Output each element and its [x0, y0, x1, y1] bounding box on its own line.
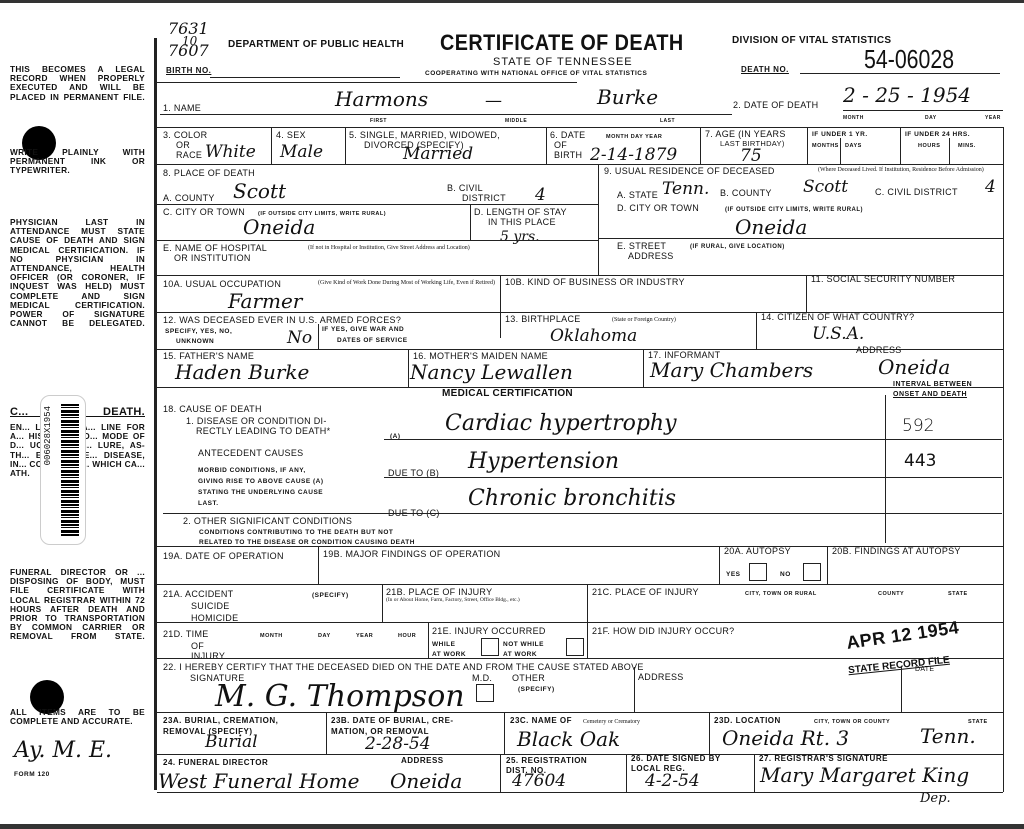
col-divider: [500, 754, 501, 792]
col-divider: [382, 584, 383, 622]
autopsy-findings-label: 20B. FINDINGS AT AUTOPSY: [832, 546, 961, 556]
cemetery-value: Black Oak: [517, 730, 620, 748]
form-left-border: [154, 38, 157, 790]
barcode-sticker: 006028X1954: [40, 395, 86, 545]
pod-district-value: 4: [535, 186, 546, 204]
col-divider: [700, 127, 701, 164]
col-divider: [719, 546, 720, 584]
sidebar-funeral-note: FUNERAL DIRECTOR OR ... DISPOSING OF BOD…: [10, 568, 145, 642]
direct-cause-label: 1. DISEASE OR CONDITION DI-: [186, 416, 327, 426]
form-right-border: [1003, 127, 1004, 792]
name-sub-first: FIRST: [370, 116, 387, 126]
marital-value: Married: [403, 145, 473, 163]
while-label: WHILE: [432, 640, 455, 650]
sidebar-complete-note: ALL ITEMS ARE TO BE COMPLETE AND ACCURAT…: [10, 708, 145, 726]
certify-address-label: ADDRESS: [638, 672, 684, 682]
dob-label-birth: BIRTH: [554, 150, 582, 160]
col-divider: [318, 546, 319, 584]
antecedent-label: ANTECEDENT CAUSES: [198, 448, 303, 458]
pod-district-label: B. CIVIL: [447, 183, 483, 193]
color-value: White: [205, 143, 256, 161]
row-divider-6: [157, 387, 1003, 388]
months-label: MONTHS: [812, 141, 839, 151]
injury-place-label: 21B. PLACE OF INJURY: [386, 587, 492, 597]
morbid-label-4: LAST.: [198, 499, 219, 509]
occupation-value: Farmer: [228, 292, 302, 310]
autopsy-yes-checkbox[interactable]: [749, 563, 767, 581]
pod-county-value: Scott: [233, 182, 286, 200]
certify-date-label: DATE: [915, 665, 934, 675]
pod-hospital-label-2: OR INSTITUTION: [174, 253, 251, 263]
col-divider: [709, 712, 710, 754]
morbid-label-2: GIVING RISE TO ABOVE CAUSE (A): [198, 477, 324, 487]
cause-of-death-label: 18. CAUSE OF DEATH: [163, 404, 262, 414]
funeral-director-label: 24. FUNERAL DIRECTOR: [163, 758, 268, 768]
funeral-director-value: West Funeral Home: [158, 772, 359, 790]
barcode-number: 006028X1954: [43, 406, 53, 465]
col-divider: [428, 622, 429, 658]
injury-location-cols: CITY, TOWN OR RURAL: [745, 589, 817, 599]
ssn-label: 11. SOCIAL SECURITY NUMBER: [811, 274, 955, 284]
burial-type-label: 23A. BURIAL, CREMATION,: [163, 716, 278, 726]
birthplace-value: Oklahoma: [550, 327, 637, 345]
dob-cols: MONTH DAY YEAR: [606, 132, 662, 142]
time-col-day: DAY: [318, 631, 331, 641]
col-divider: [500, 275, 501, 338]
name-label: 1. NAME: [163, 103, 201, 113]
age-value: 75: [740, 147, 762, 165]
name-sub-middle: MIDDLE: [505, 116, 527, 126]
burial-date-value: 2-28-54: [365, 735, 431, 753]
birthplace-label: 13. BIRTHPLACE: [505, 314, 581, 324]
row-divider-8: [157, 584, 1003, 585]
birthplace-note: (State or Foreign Country): [612, 315, 676, 325]
registrar-signature: Mary Margaret King: [760, 766, 969, 784]
autopsy-label: 20A. AUTOPSY: [724, 546, 791, 556]
interval-col-divider: [885, 395, 886, 543]
birth-no-line: [210, 77, 400, 78]
suicide-label: SUICIDE: [191, 601, 230, 611]
burial-date-label: 23B. DATE OF BURIAL, CRE-: [331, 716, 454, 726]
pod-stay-value: 5 yrs.: [500, 228, 540, 246]
res-city-label: D. CITY OR TOWN: [617, 203, 699, 213]
sidebar-write-note: WRITE PLAINLY WITH PERMANENT INK OR TYPE…: [10, 148, 145, 176]
time-col-year: YEAR: [356, 631, 373, 641]
department-label: DEPARTMENT OF PUBLIC HEALTH: [228, 40, 404, 50]
armed-unknown-label: UNKNOWN: [176, 337, 214, 347]
res-county-label: B. COUNTY: [720, 188, 772, 198]
sex-label: 4. SEX: [276, 130, 306, 140]
res-divider: [599, 238, 1003, 239]
color-label-race: RACE: [176, 150, 202, 160]
state-label: STATE OF TENNESSEE: [493, 57, 633, 67]
informant-address-value: Oneida: [878, 358, 950, 376]
res-state-label: A. STATE: [617, 190, 658, 200]
res-city-note: (IF OUTSIDE CITY LIMITS, WRITE RURAL): [725, 205, 863, 215]
marital-label: 5. SINGLE, MARRIED, WIDOWED,: [349, 130, 500, 140]
col-divider: [901, 667, 902, 712]
while-at-work-checkbox[interactable]: [481, 638, 499, 656]
certificate-title: CERTIFICATE OF DEATH: [440, 30, 684, 56]
hours-label: HOURS: [918, 141, 940, 151]
injury-occurred-label: 21E. INJURY OCCURRED: [432, 626, 546, 636]
form-number: FORM 120: [14, 770, 50, 780]
cause-c-line: [163, 513, 1002, 514]
cemetery-label: 23C. NAME OF: [510, 716, 572, 726]
sidebar-initials: Ay. M. E.: [14, 742, 112, 760]
pod-stay-label: D. LENGTH OF STAY: [474, 207, 567, 217]
other-conditions-label: 2. OTHER SIGNIFICANT CONDITIONS: [183, 516, 352, 526]
father-value: Haden Burke: [175, 363, 309, 381]
col-divider: [587, 584, 588, 658]
date-signed-value: 4-2-54: [645, 772, 700, 790]
death-no-line: [800, 73, 1000, 74]
col-divider: [326, 712, 327, 754]
morbid-label-1: MORBID CONDITIONS, IF ANY,: [198, 466, 306, 476]
time-injury-label-3: INJURY: [191, 651, 225, 661]
cause-b-value: Hypertension: [468, 453, 619, 471]
res-street-label-2: ADDRESS: [628, 251, 674, 261]
occupation-note: (Give Kind of Work Done During Most of W…: [318, 279, 498, 287]
res-street-note: (IF RURAL, GIVE LOCATION): [690, 242, 785, 252]
armed-forces-label: 12. WAS DECEASED EVER IN U.S. ARMED FORC…: [163, 315, 401, 325]
pod-city-value: Oneida: [243, 218, 315, 236]
pod-divider: [157, 240, 598, 241]
form-bottom-line: [157, 792, 1003, 793]
under-24hrs-label: IF UNDER 24 HRS.: [905, 130, 970, 140]
location-value: Oneida Rt. 3: [722, 729, 849, 747]
pod-city-label: C. CITY OR TOWN: [163, 207, 245, 217]
col-divider: [318, 324, 319, 349]
col-divider: [949, 138, 950, 164]
funeral-address-label: ADDRESS: [401, 756, 444, 766]
cause-a-line: [384, 439, 1002, 440]
pod-hospital-note: (If not in Hospital or Institution, Give…: [308, 244, 478, 252]
not-at-work-checkbox[interactable]: [566, 638, 584, 656]
injury-state-label: STATE: [948, 589, 968, 599]
injury-county-label: COUNTY: [878, 589, 904, 599]
cause-a-interval: 592: [902, 417, 934, 435]
scan-top-edge: [0, 0, 1024, 3]
injury-place-note: (In or About Home, Farm, Factory, Street…: [386, 597, 586, 604]
sidebar-physician-note: PHYSICIAN LAST IN ATTENDANCE MUST STATE …: [10, 218, 145, 328]
birth-no-handwritten-3: 7607: [168, 42, 209, 60]
death-no-label: DEATH NO.: [741, 65, 789, 75]
col-divider: [598, 164, 599, 275]
scan-bottom-edge: [0, 824, 1024, 829]
days-label: DAYS: [845, 141, 862, 151]
time-injury-label-2: OF: [191, 641, 204, 651]
time-col-month: MONTH: [260, 631, 283, 641]
col-divider: [807, 127, 808, 164]
cause-b-line: [384, 477, 1002, 478]
certify-label: 22. I HEREBY CERTIFY THAT THE DECEASED D…: [163, 662, 644, 672]
pod-stay-label-2: IN THIS PLACE: [488, 217, 556, 227]
interval-label-2: ONSET AND DEATH: [893, 390, 967, 400]
other-specify-label: (SPECIFY): [518, 685, 555, 695]
row-divider-9: [157, 622, 1003, 623]
armed-specify-label: SPECIFY, YES, NO,: [165, 327, 232, 337]
col-divider: [900, 127, 901, 164]
res-state-value: Tenn.: [662, 180, 709, 198]
place-of-death-label: 8. PLACE OF DEATH: [163, 168, 255, 178]
header-divider: [157, 82, 577, 83]
sex-value: Male: [280, 143, 323, 161]
time-col-hour: HOUR: [398, 631, 416, 641]
name-last: Burke: [597, 88, 658, 106]
res-district-value: 4: [985, 178, 996, 196]
informant-value: Mary Chambers: [650, 361, 813, 379]
residence-note: (Where Deceased Lived. If Institution, R…: [818, 166, 1003, 174]
autopsy-no-label: NO: [780, 570, 791, 580]
other-conditions-note-1: CONDITIONS CONTRIBUTING TO THE DEATH BUT…: [199, 528, 393, 538]
medical-heading: MEDICAL CERTIFICATION: [442, 389, 573, 399]
cemetery-note: Cemetery or Crematory: [583, 717, 640, 727]
date-signed-label: 26. DATE SIGNED BY: [631, 754, 721, 764]
date-of-death-label: 2. DATE OF DEATH: [733, 100, 818, 110]
col-divider: [634, 667, 635, 712]
cause-a-value: Cardiac hypertrophy: [445, 415, 677, 433]
row-divider-1: [157, 127, 1003, 128]
occupation-label: 10A. USUAL OCCUPATION: [163, 279, 281, 289]
death-no-value: 54-06028: [864, 44, 954, 75]
col-divider: [345, 127, 346, 164]
pod-county-label: A. COUNTY: [163, 193, 215, 203]
res-street-label: E. STREET: [617, 241, 666, 251]
res-county-value: Scott: [803, 178, 848, 196]
op-findings-label: 19B. MAJOR FINDINGS OF OPERATION: [323, 549, 500, 559]
not-while-label: NOT WHILE: [503, 640, 544, 650]
registration-value: 47604: [512, 772, 566, 790]
accident-label: 21A. ACCIDENT: [163, 589, 233, 599]
cause-c-value: Chronic bronchitis: [468, 490, 676, 508]
col-divider: [626, 754, 627, 792]
barcode-icon: [61, 404, 79, 536]
dod-sub-year: YEAR: [985, 113, 1001, 123]
pod-district-label-2: DISTRICT: [462, 193, 506, 203]
mother-value: Nancy Lewallen: [410, 363, 573, 381]
md-checkbox[interactable]: [476, 684, 494, 702]
dob-value: 2-14-1879: [590, 146, 677, 164]
armed-forces-value: No: [287, 329, 312, 347]
autopsy-no-checkbox[interactable]: [803, 563, 821, 581]
time-injury-label: 21D. TIME: [163, 629, 209, 639]
name-middle: —: [485, 92, 502, 110]
age-label: 7. AGE (IN YEARS: [705, 129, 786, 139]
business-label: 10B. KIND OF BUSINESS OR INDUSTRY: [505, 277, 685, 287]
sidebar-legal-note: THIS BECOMES A LEGAL RECORD WHEN PROPERL…: [10, 65, 145, 102]
col-divider: [504, 712, 505, 754]
name-line: [160, 114, 732, 115]
cause-a-label: (A): [390, 432, 401, 442]
citizen-label: 14. CITIZEN OF WHAT COUNTRY?: [761, 312, 914, 322]
funeral-address-value: Oneida: [390, 772, 462, 790]
col-divider: [827, 546, 828, 584]
interval-label: INTERVAL BETWEEN: [893, 380, 972, 390]
birth-no-label: BIRTH NO.: [166, 66, 211, 76]
dod-sub-day: DAY: [925, 113, 937, 123]
citizen-value: U.S.A.: [812, 325, 864, 343]
col-divider: [643, 349, 644, 387]
other-label: OTHER: [512, 673, 545, 683]
pod-divider: [157, 204, 598, 205]
res-district-label: C. CIVIL DISTRICT: [875, 187, 958, 197]
location-label: 23D. LOCATION: [714, 716, 781, 726]
dob-label: 6. DATE: [550, 130, 585, 140]
row-divider-10: [157, 658, 1003, 659]
col-divider: [840, 138, 841, 164]
col-divider: [271, 127, 272, 164]
col-divider: [408, 349, 409, 387]
accident-specify: (SPECIFY): [312, 591, 349, 601]
op-date-label: 19A. DATE OF OPERATION: [163, 551, 284, 561]
autopsy-yes-label: YES: [726, 570, 741, 580]
date-of-death-line: [843, 110, 1003, 111]
mins-label: MINS.: [958, 141, 976, 151]
dob-label-of: OF: [554, 140, 567, 150]
col-divider: [470, 204, 471, 240]
res-city-value: Oneida: [735, 218, 807, 236]
injury-location-label: 21C. PLACE OF INJURY: [592, 587, 699, 597]
row-divider-2: [157, 164, 1003, 165]
col-divider: [806, 275, 807, 312]
color-label-or: OR: [176, 140, 190, 150]
physician-signature: M. G. Thompson: [215, 682, 465, 712]
morbid-label-3: STATING THE UNDERLYING CAUSE: [198, 488, 323, 498]
armed-war-label-2: DATES OF SERVICE: [337, 336, 408, 346]
armed-war-label: IF YES, GIVE WAR AND: [322, 325, 404, 335]
cooperating-label: COOPERATING WITH NATIONAL OFFICE OF VITA…: [425, 69, 647, 79]
registration-label: 25. REGISTRATION: [506, 756, 587, 766]
row-divider-11: [157, 712, 1003, 713]
direct-cause-label-2: RECTLY LEADING TO DEATH*: [196, 426, 330, 436]
residence-label: 9. USUAL RESIDENCE OF DECEASED: [604, 166, 775, 176]
cause-b-interval: 443: [904, 452, 936, 470]
col-divider: [756, 312, 757, 349]
color-label: 3. COLOR: [163, 130, 207, 140]
location-state-value: Tenn.: [920, 727, 976, 745]
pod-hospital-label: E. NAME OF HOSPITAL: [163, 243, 267, 253]
dod-sub-month: MONTH: [843, 113, 864, 123]
md-label: M.D.: [472, 673, 492, 683]
name-first: Harmons: [335, 90, 428, 108]
informant-address-label: ADDRESS: [856, 345, 902, 355]
date-of-death-value: 2 - 25 - 1954: [843, 86, 971, 104]
col-divider: [546, 127, 547, 164]
name-sub-last: LAST: [660, 116, 675, 126]
col-divider: [754, 754, 755, 792]
burial-type-value: Burial: [205, 733, 258, 751]
how-injury-label: 21F. HOW DID INJURY OCCUR?: [592, 626, 735, 636]
